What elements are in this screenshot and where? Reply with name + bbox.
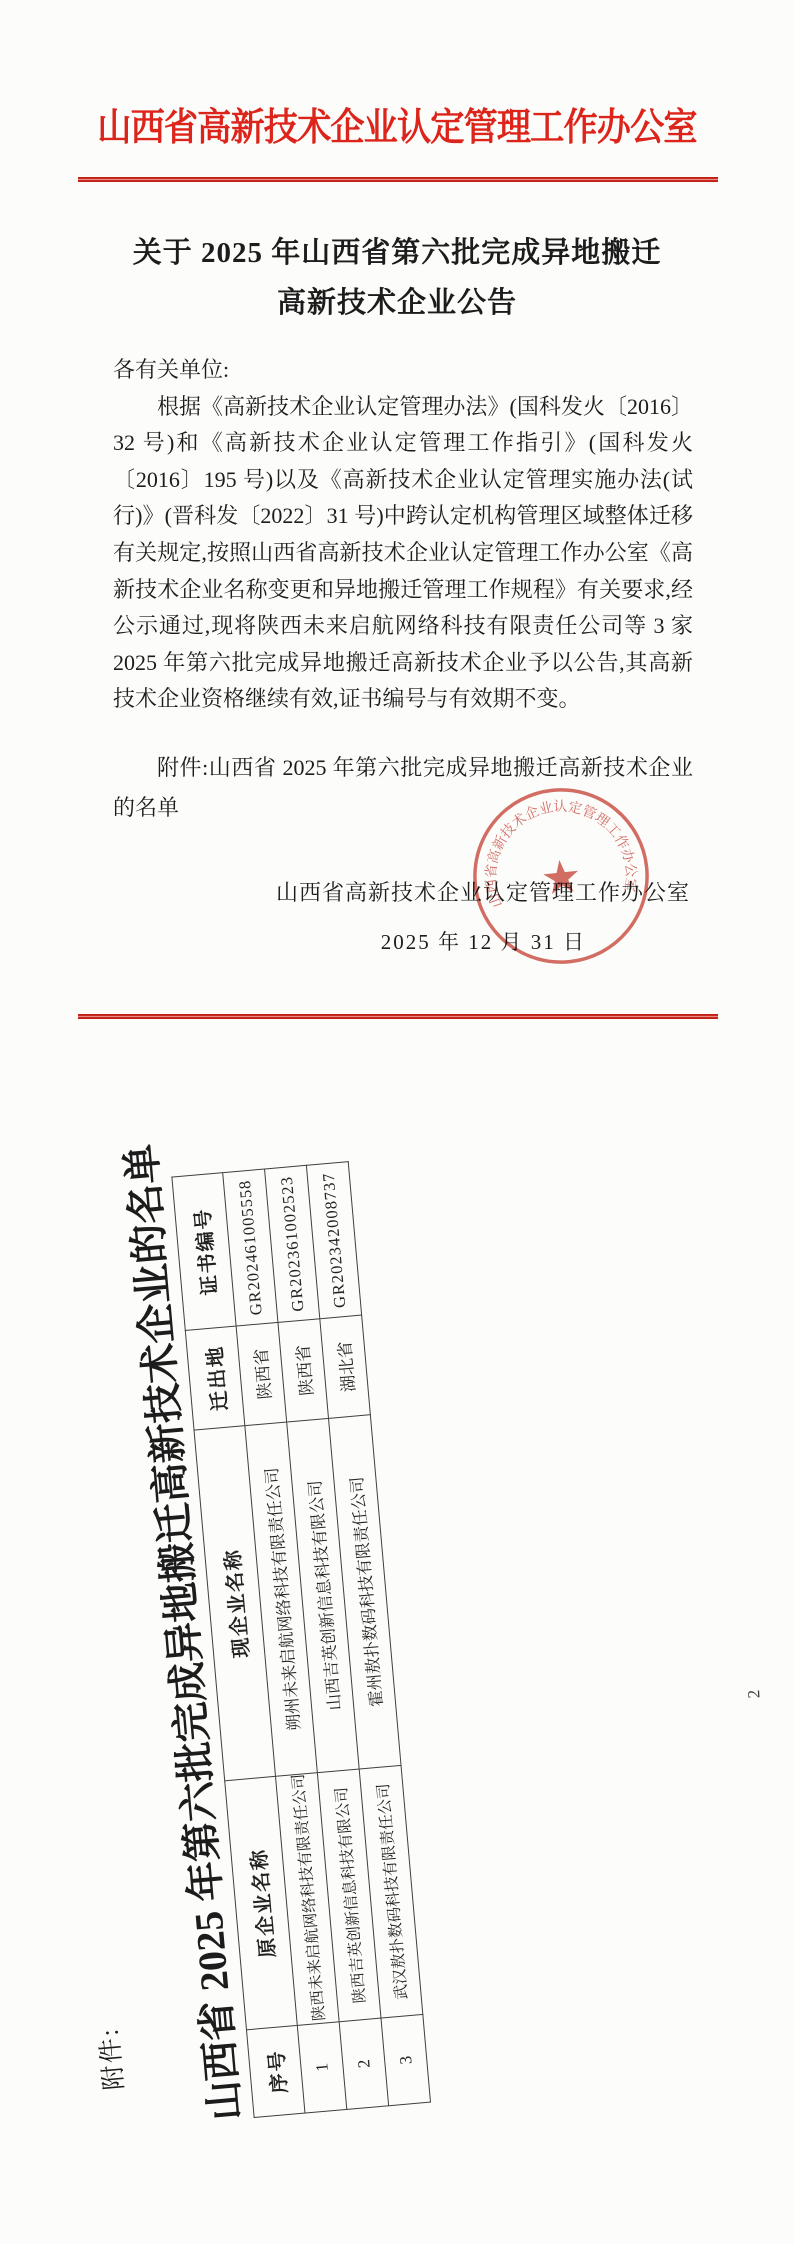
page-number: 2 bbox=[744, 1689, 764, 1699]
masthead-rule bbox=[78, 177, 718, 182]
footer-rule bbox=[78, 1014, 718, 1019]
seal-star-icon: ★ bbox=[538, 850, 584, 905]
document-title-line2: 高新技术企业公告 bbox=[0, 278, 794, 328]
cell-origin: 湖北省 bbox=[320, 1315, 371, 1418]
col-header: 迁出地 bbox=[185, 1326, 245, 1430]
cell-seq: 3 bbox=[381, 2014, 431, 2105]
col-header: 序号 bbox=[246, 2025, 304, 2117]
official-seal: 山西省高新技术企业认定管理工作办公室 ★ bbox=[458, 773, 665, 980]
attachment-page: 附件: 山西省 2025 年第六批完成异地搬迁高新技术企业的名单 序号原企业名称… bbox=[15, 1050, 405, 2210]
document-title-line1: 关于 2025 年山西省第六批完成异地搬迁 bbox=[0, 228, 794, 278]
attachment-label: 附件: bbox=[89, 2026, 130, 2092]
document-title: 关于 2025 年山西省第六批完成异地搬迁 高新技术企业公告 bbox=[0, 228, 794, 328]
document-body: 各有关单位: 根据《高新技术企业认定管理办法》(国科发火〔2016〕32 号)和… bbox=[113, 352, 693, 718]
attachment-landscape: 附件: 山西省 2025 年第六批完成异地搬迁高新技术企业的名单 序号原企业名称… bbox=[0, 1035, 455, 2225]
salutation: 各有关单位: bbox=[113, 352, 693, 389]
scanned-document: 山西省高新技术企业认定管理工作办公室 关于 2025 年山西省第六批完成异地搬迁… bbox=[0, 0, 794, 2244]
body-paragraph: 根据《高新技术企业认定管理办法》(国科发火〔2016〕32 号)和《高新技术企业… bbox=[113, 389, 693, 718]
masthead-title: 山西省高新技术企业认定管理工作办公室 bbox=[40, 96, 755, 151]
